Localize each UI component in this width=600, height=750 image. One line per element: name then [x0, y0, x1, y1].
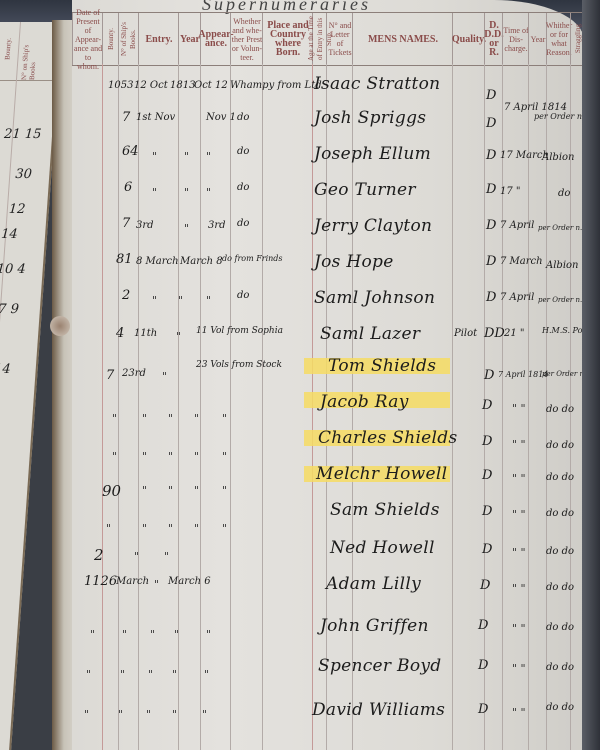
cell-appearance: ": [206, 150, 211, 163]
table-row: 81 8 March March 8 do from Frinds Jos Ho…: [72, 252, 584, 282]
header-age: Age at the Time of Entry in this Ship.: [312, 13, 327, 65]
muster-page: Supernumeraries Date of Present of Appea…: [72, 0, 584, 750]
cell-name: Tom Shields: [328, 356, 436, 376]
cell-reason: Albion: [542, 152, 574, 163]
table-row: 4 11th " 11 Vol from Sophia Saml Lazer P…: [72, 324, 584, 354]
cell-discharge: 17 ": [500, 186, 521, 197]
cell-discharge: 21 ": [504, 328, 525, 339]
cell-number: 90: [102, 482, 121, 500]
cell-number: 64: [122, 144, 139, 159]
table-row: " " " " " Charles Shields D " " do do: [72, 428, 584, 458]
cell-discharge: " ": [512, 438, 526, 451]
cell-number: 7: [122, 216, 130, 231]
cell-year: ": [184, 186, 189, 199]
cell-name: Jos Hope: [314, 252, 394, 272]
cell-appearance: ": [172, 708, 177, 721]
cell-appearance: ": [194, 412, 199, 425]
cell-reason: do do: [546, 472, 574, 483]
cell-pressed: 23 Vols from Stock: [196, 360, 282, 370]
table-row: " " " " " David Williams D " " do do: [72, 694, 584, 724]
cell-discharge: " ": [512, 508, 526, 521]
cell-ddd: D: [486, 148, 496, 163]
cell-reason: do do: [546, 702, 574, 713]
header-birthplace: Place and Country where Born.: [262, 13, 313, 65]
cell-pressed: Whampy from Ltd: [230, 80, 322, 91]
cell-ddd: D: [486, 290, 496, 305]
cell-number: 2: [122, 288, 130, 303]
cell-appearance: ": [206, 294, 211, 307]
cell-ddd: D: [486, 182, 496, 197]
cell-entry: ": [142, 522, 147, 535]
cell-year: ": [150, 628, 155, 641]
cell-name: Ned Howell: [330, 538, 435, 558]
cell-number: 7: [122, 110, 130, 125]
left-mark: 21 15: [4, 127, 42, 142]
cell-entry: 8 March: [136, 256, 179, 267]
left-mark: 30: [15, 167, 33, 182]
left-mark: 10 4: [0, 262, 26, 277]
cell-entry: ": [152, 186, 157, 199]
cell-ddd: D: [482, 504, 492, 519]
cell-pressed: do: [237, 182, 249, 193]
paper-stain: [50, 316, 70, 336]
table-row: " " " " " Spencer Boyd D " " do do: [72, 654, 584, 684]
table-row: 90 " " " " Melchr Howell D " " do do: [72, 462, 584, 492]
cell-ddd: D: [484, 368, 494, 383]
cell-reason: do do: [546, 404, 574, 415]
cell-pressed: ": [222, 484, 227, 497]
cell-name: Sam Shields: [330, 500, 440, 520]
cell-name: Melchr Howell: [316, 464, 447, 484]
cell-discharge: " ": [512, 582, 526, 595]
cell-pressed: ": [222, 412, 227, 425]
cell-entry: ": [152, 294, 157, 307]
table-row: 1126 March " March 6 Adam Lilly D " " do…: [72, 574, 584, 604]
cell-reason: do do: [546, 582, 574, 593]
cell-appearance: March 6: [168, 576, 211, 587]
cell-ddd: D: [482, 434, 492, 449]
header-bounty: Bounty.: [102, 13, 119, 65]
header-ddd: D. D.D. or R.: [484, 13, 503, 65]
cell-entry: 23rd: [122, 368, 146, 379]
cell-reason: do do: [546, 440, 574, 451]
cell-name: John Griffen: [320, 616, 429, 636]
cell-pressed: ": [206, 628, 211, 641]
cell-number: 4: [116, 326, 124, 341]
table-row: 7 23rd " 23 Vols from Stock Tom Shields …: [72, 358, 584, 388]
cell-discharge: 7 April 1814: [498, 370, 548, 379]
header-reason: Whither or for what Reason.: [546, 13, 571, 65]
cell-ddd: D: [486, 88, 496, 103]
cell-ddd: D: [486, 116, 496, 131]
header-entry: Entry.: [138, 13, 179, 65]
left-mark: 17 9: [0, 302, 19, 317]
cell-appearance: 3rd: [208, 220, 226, 231]
cell-discharge: " ": [512, 662, 526, 675]
cell-ddd: D: [478, 702, 488, 717]
cell-year: ": [168, 522, 173, 535]
cell-ddd: D: [480, 578, 490, 593]
cell-ddd: D: [482, 398, 492, 413]
header-discharge-time: Time of Dis- charge.: [502, 13, 529, 65]
header-ship-number: N° of Ship's Books.: [118, 13, 139, 65]
cell-name: Jacob Ray: [320, 392, 409, 412]
cell-quality: Pilot: [454, 328, 477, 339]
cell-number: 1126: [84, 574, 117, 589]
cell-name: Spencer Boyd: [318, 656, 441, 676]
cell-reason: do do: [546, 546, 574, 557]
table-row: " " " " " John Griffen D " " do do: [72, 614, 584, 644]
header-tickets: N° and Letter of Tickets: [326, 13, 353, 65]
cell-year: 1813: [170, 80, 195, 91]
cell-entry: ": [122, 628, 127, 641]
left-header-bounty: Bounty.: [3, 38, 13, 60]
cell-pressed: ": [204, 668, 209, 681]
cell-entry: ": [152, 150, 157, 163]
cell-year: ": [184, 150, 189, 163]
cell-discharge: " ": [512, 472, 526, 485]
cell-entry: ": [120, 668, 125, 681]
left-mark: 14: [1, 227, 19, 242]
cell-pressed: do: [237, 146, 249, 157]
cell-pressed: do: [237, 218, 249, 229]
cell-name: Geo Turner: [314, 180, 416, 200]
cell-name: Saml Lazer: [320, 324, 420, 344]
cell-discharge: " ": [512, 546, 526, 559]
cell-appearance: ": [174, 628, 179, 641]
cell-reason: do do: [546, 662, 574, 673]
cell-discharge: 7 April: [500, 220, 534, 231]
cell-appearance: March 8: [180, 256, 223, 267]
header-date: Date of Present of Appear- ance and to w…: [72, 13, 103, 65]
cell-appearance: Oct 12: [194, 80, 228, 91]
cell-ddd: D: [478, 658, 488, 673]
cell-discharge: " ": [512, 622, 526, 635]
cell-year: ": [184, 222, 189, 235]
cell-appearance: Nov 1: [206, 112, 236, 123]
cell-entry: March: [116, 576, 149, 587]
cell-appearance: ": [194, 522, 199, 535]
cell-year: ": [148, 668, 153, 681]
cell-number: 6: [124, 180, 132, 195]
cell-discharge: 7 March: [500, 256, 543, 267]
cell-number: 1053: [108, 80, 133, 91]
cell-ddd: D: [478, 618, 488, 633]
header-appearance: Appear- ance.: [200, 13, 231, 65]
table-row: 1053 12 Oct 1813 Oct 12 Whampy from Ltd …: [72, 74, 584, 104]
cell-year: ": [164, 550, 169, 563]
cell-entry: ": [134, 550, 139, 563]
cell-entry: 3rd: [136, 220, 154, 231]
cell-name: Josh Spriggs: [314, 108, 426, 128]
column-header-row: Date of Present of Appear- ance and to w…: [72, 12, 584, 66]
header-year2: Year: [528, 13, 547, 65]
cell-name: Saml Johnson: [314, 288, 435, 308]
background-right: [582, 0, 600, 750]
table-row: 2 " " " do Saml Johnson D 7 April per Or…: [72, 288, 584, 318]
cell-appearance: ": [194, 484, 199, 497]
cell-number: ": [106, 522, 111, 535]
left-page-header: Bounty. N° on Ship's Books: [0, 30, 59, 81]
cell-entry: ": [142, 412, 147, 425]
table-row: 6 " " " do Geo Turner D 17 " do: [72, 180, 584, 210]
cell-pressed: do: [237, 290, 249, 301]
table-row: 2 " " Ned Howell D " " do do: [72, 538, 584, 568]
cell-year: ": [162, 370, 167, 383]
cell-number: 7: [106, 368, 114, 383]
cell-discharge: " ": [512, 402, 526, 415]
cell-number: 2: [94, 546, 104, 564]
cell-pressed: do: [237, 112, 249, 123]
header-mens-names: MENS NAMES.: [352, 13, 453, 65]
header-quality: Quality.: [452, 13, 485, 65]
cell-reason: do do: [546, 622, 574, 633]
cell-reason: Albion: [546, 260, 578, 271]
cell-number: 81: [116, 252, 133, 267]
left-header-number: N° on Ship's Books: [20, 36, 39, 80]
cell-ddd: D: [482, 542, 492, 557]
table-row: 7 3rd " 3rd do Jerry Clayton D 7 April p…: [72, 216, 584, 246]
cell-number: ": [84, 708, 89, 721]
cell-discharge: 7 April: [500, 292, 534, 303]
cell-ddd: D: [486, 218, 496, 233]
cell-name: Isaac Stratton: [314, 74, 440, 94]
cell-appearance: ": [172, 668, 177, 681]
table-row: " " " " " Sam Shields D " " do do: [72, 500, 584, 530]
table-row: " " " " " Jacob Ray D " " do do: [72, 392, 584, 422]
cell-number: ": [86, 668, 91, 681]
cell-entry: 11th: [134, 328, 157, 339]
cell-reason: do do: [546, 508, 574, 519]
cell-pressed: 11 Vol from Sophia: [196, 326, 283, 336]
cell-ddd: D: [486, 254, 496, 269]
left-mark: 1 14: [0, 362, 11, 377]
cell-name: Charles Shields: [318, 428, 457, 448]
header-prest-volunteer: Whether and whe- ther Prest or Volun- te…: [230, 13, 263, 65]
cell-year: ": [154, 578, 159, 591]
cell-entry: ": [142, 484, 147, 497]
cell-entry: 12 Oct: [134, 80, 168, 91]
cell-year: ": [178, 294, 183, 307]
cell-name: Adam Lilly: [326, 574, 421, 594]
cell-appearance: ": [206, 186, 211, 199]
cell-name: David Williams: [312, 700, 445, 720]
cell-entry: 1st Nov: [136, 112, 175, 123]
cell-reason: do: [558, 188, 570, 199]
cell-ddd: DD: [484, 326, 505, 341]
cell-name: Joseph Ellum: [314, 144, 431, 164]
cell-pressed: ": [202, 708, 207, 721]
cell-entry: ": [118, 708, 123, 721]
cell-pressed: do from Frinds: [222, 254, 283, 263]
table-row: 64 " " " do Joseph Ellum D 17 March Albi…: [72, 144, 584, 174]
cell-number: ": [112, 412, 117, 425]
left-mark: 12: [8, 202, 26, 217]
cell-name: Jerry Clayton: [314, 216, 432, 236]
cell-ddd: D: [482, 468, 492, 483]
cell-number: ": [90, 628, 95, 641]
cell-year: ": [168, 484, 173, 497]
cell-pressed: ": [222, 522, 227, 535]
table-row: 7 1st Nov Nov 1 do Josh Spriggs D 7 Apri…: [72, 108, 584, 138]
cell-discharge: " ": [512, 706, 526, 719]
cell-year: ": [146, 708, 151, 721]
cell-year: ": [176, 330, 181, 343]
cell-year: ": [168, 412, 173, 425]
